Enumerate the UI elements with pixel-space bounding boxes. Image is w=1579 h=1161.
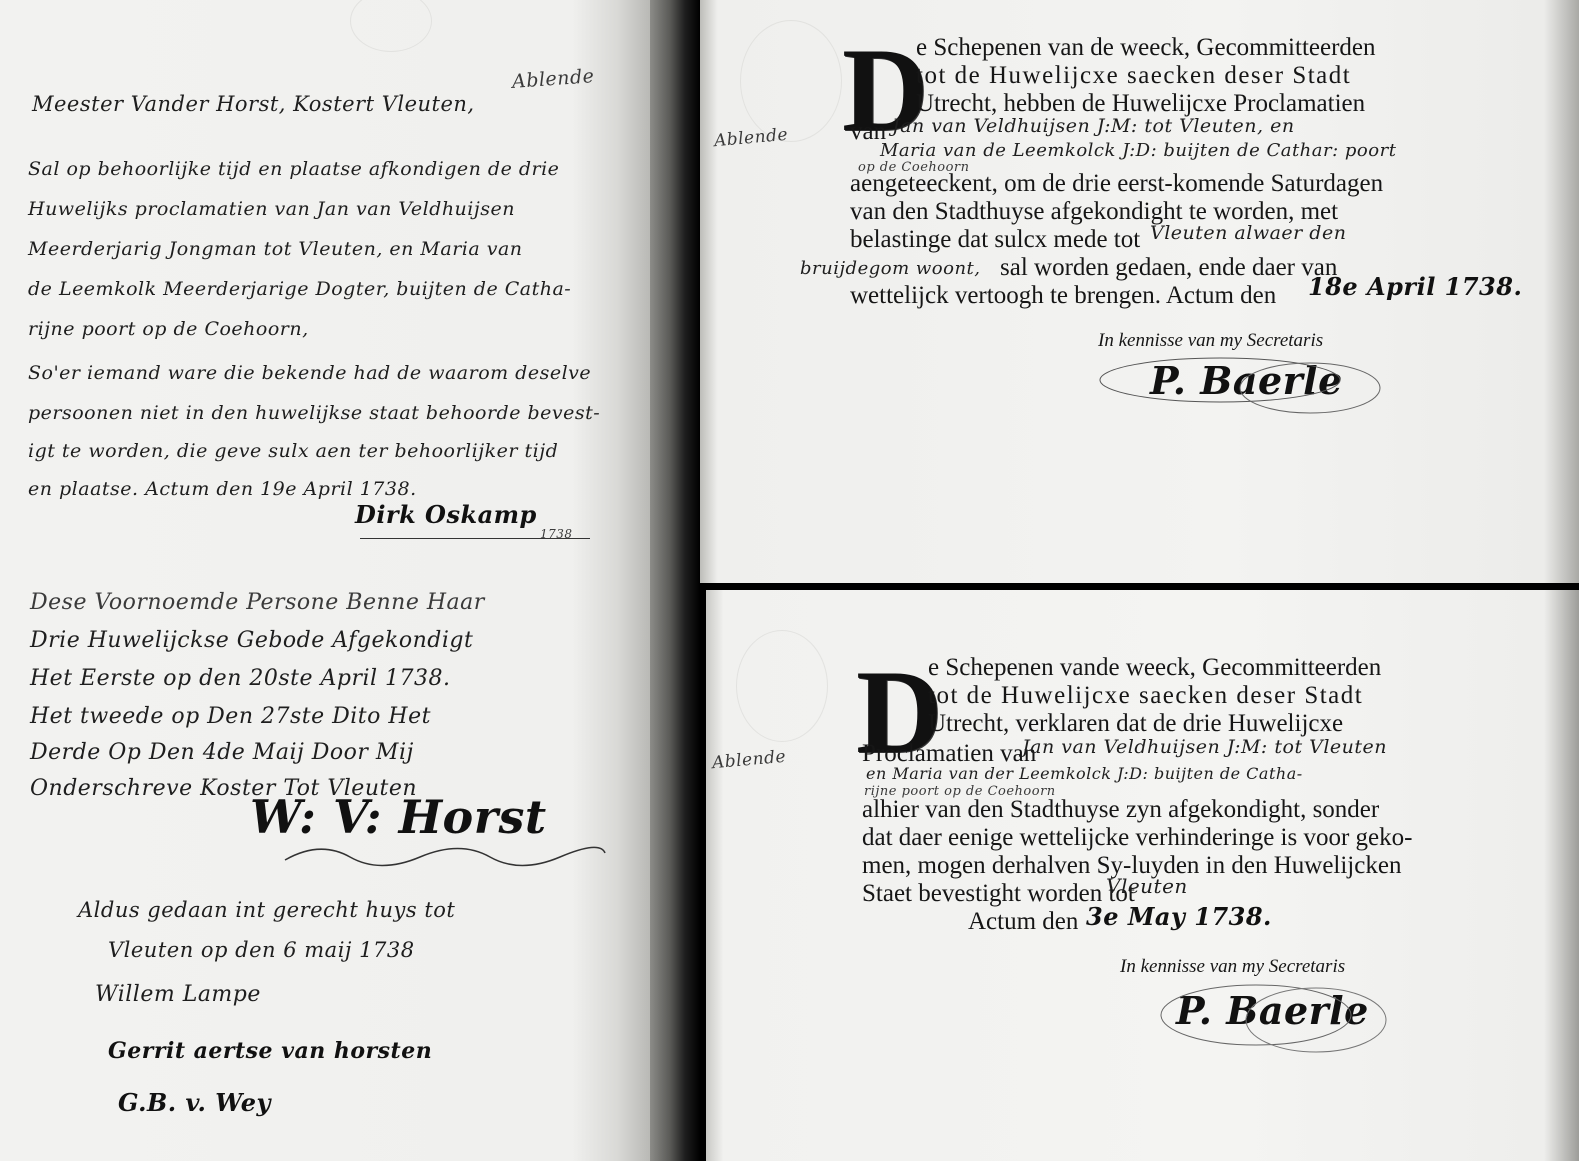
hw-place: Vleuten [1106,874,1188,898]
header-annotation: Ablende [511,65,595,93]
header-line: Meester Vander Horst, Kostert Vleuten, [32,92,475,116]
signatory-gb-wey: G.B. v. Wey [118,1088,271,1117]
printed-line-8: sal worden gedaen, ende daer van [1000,254,1337,282]
printed-line-1: e Schepenen vande weeck, Gecommitteerden [928,654,1381,682]
hw-names-line-2: Maria van de Leemkolck J:D: buijten de C… [880,140,1396,161]
hw-place-2: bruijdegom woont, [800,258,981,279]
printed-line-3: Utrecht, verklaren dat de drie Huwelijcx… [928,710,1343,738]
proclamation-line-6: So'er iemand ware die bekende had de waa… [28,362,591,384]
attestation-line-1: Dese Voornoemde Persone Benne Haar [30,590,485,615]
margin-note: Ablende [711,747,787,773]
printed-line-9-actum: Actum den [968,908,1078,936]
printed-proclamation-form-bottom: D e Schepenen vande weeck, Gecommitteerd… [706,590,1579,1161]
attestation-line-5: Derde Op Den 4de Maij Door Mij [30,740,414,765]
printed-line-3: Utrecht, hebben de Huwelijcxe Proclamati… [916,90,1365,118]
signatory-willem-lampe: Willem Lampe [95,982,261,1007]
printed-line-9: wettelijck vertoogh te brengen. Actum de… [850,282,1276,310]
printed-line-2: tot de Huwelijcxe saecken deser Stadt [928,682,1363,710]
hw-date: 3e May 1738. [1086,902,1272,931]
proclamation-line-1: Sal op behoorlijke tijd en plaatse afkon… [28,158,559,180]
printed-line-5: aengeteeckent, om de drie eerst-komende … [850,170,1383,198]
printed-line-6: dat daer eenige wettelijcke verhindering… [862,824,1412,852]
proclamation-line-9: en plaatse. Actum den 19e April 1738. [28,478,417,500]
signature-flourish [1146,970,1406,1060]
embossed-seal [350,0,432,52]
left-manuscript-page: Meester Vander Horst, Kostert Vleuten, A… [0,0,650,1161]
hw-names-line-1: Jan van Veldhuijsen J:M: tot Vleuten, en [892,115,1295,137]
hw-names-line-2: en Maria van der Leemkolck J:D: buijten … [866,764,1303,783]
hw-date: 18e April 1738. [1308,272,1522,301]
signature-flourish [1090,350,1410,420]
proclamation-line-2: Huwelijks proclamatien van Jan van Veldh… [28,198,515,220]
proclamation-line-7: persoonen niet in den huwelijkse staat b… [28,402,600,424]
signature-underline [360,538,590,539]
hw-names-line-1: Jan van Veldhuijsen J:M: tot Vleuten [1022,736,1387,758]
signatory-gerrit-aertse: Gerrit aertse van horsten [108,1038,432,1064]
book-gutter [650,0,700,1161]
printed-line-7: belastinge dat sulcx mede tot [850,226,1140,254]
proclamation-line-5: rijne poort op de Coehoorn, [28,318,309,340]
printed-proclamation-form-top: D e Schepenen van de weeck, Gecommitteer… [700,0,1579,583]
attestation-line-2: Drie Huwelijckse Gebode Afgekondigt [30,628,473,653]
printed-line-1: e Schepenen van de weeck, Gecommitteerde… [916,34,1376,62]
embossed-seal [736,630,828,742]
printed-line-2: tot de Huwelijcxe saecken deser Stadt [916,62,1351,90]
closing-line-2: Vleuten op den 6 maij 1738 [108,938,415,962]
embossed-seal [740,20,842,142]
certification-text: In kennisse van my Secretaris [1098,330,1323,352]
attestation-line-4: Het tweede op Den 27ste Dito Het [30,704,431,729]
hw-place: Vleuten alwaer den [1150,222,1346,244]
printed-line-5: alhier van den Stadthuyse zyn afgekondig… [862,796,1379,824]
closing-line-1: Aldus gedaan int gerecht huys tot [78,898,455,922]
signature-flourish [280,835,610,875]
margin-note: Ablende [713,125,789,151]
attestation-line-3: Het Eerste op den 20ste April 1738. [30,666,451,691]
proclamation-line-3: Meerderjarig Jongman tot Vleuten, en Mar… [28,238,523,260]
proclamation-line-4: de Leemkolk Meerderjarige Dogter, buijte… [28,278,571,300]
signature-dirk-oskamp: Dirk Oskamp [355,500,537,529]
proclamation-line-8: igt te worden, die geve sulx aen ter beh… [28,440,558,462]
